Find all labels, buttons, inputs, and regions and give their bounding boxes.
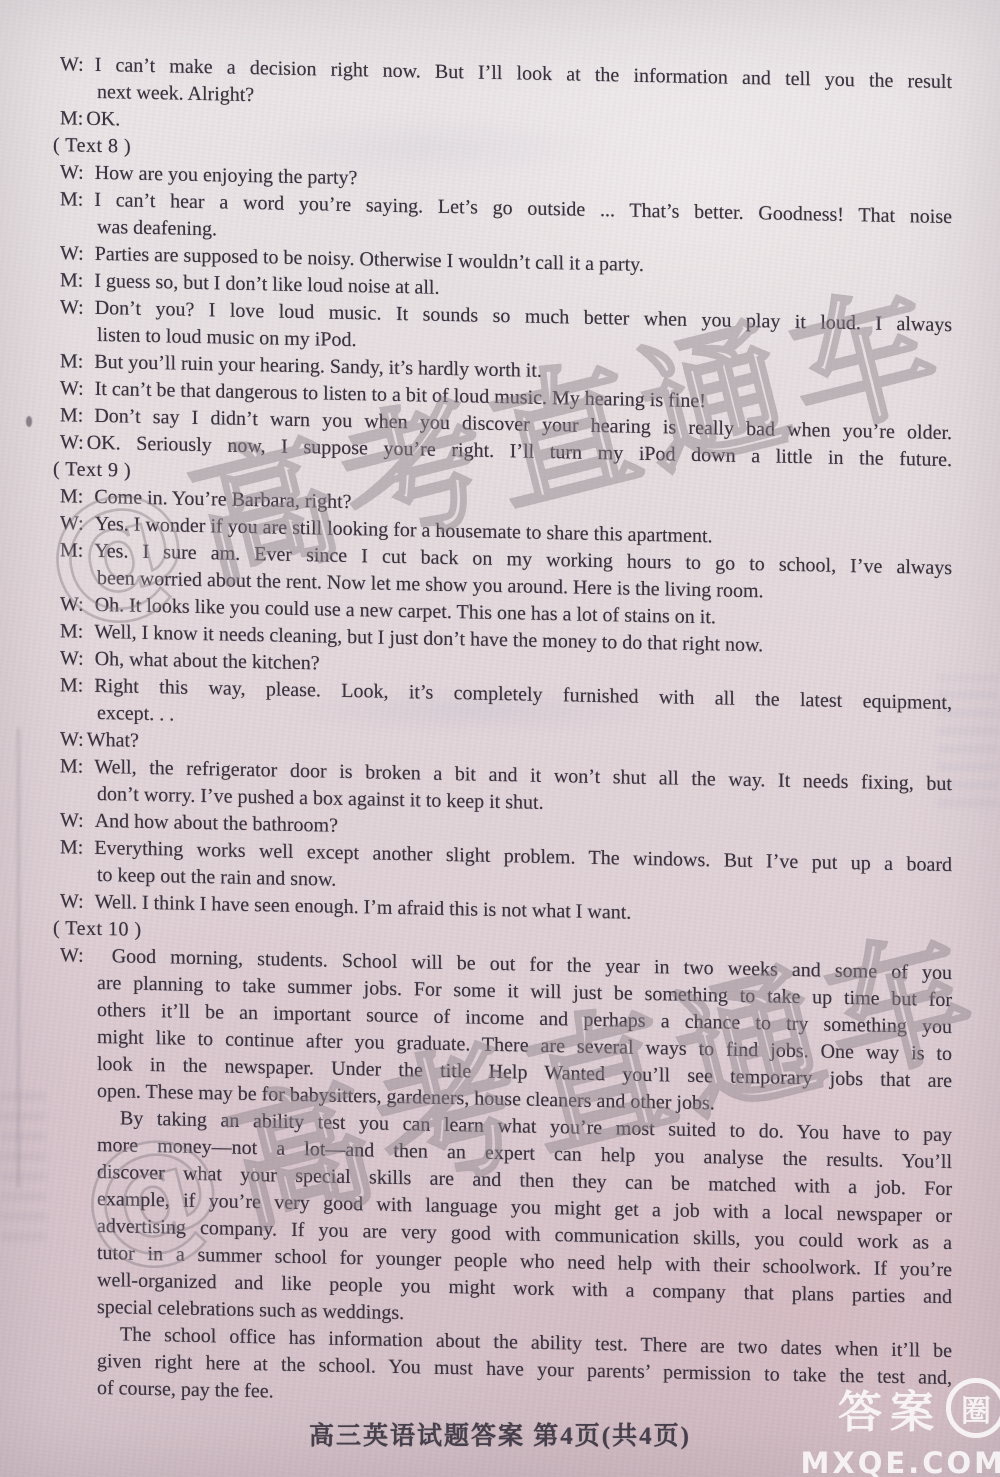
- line-text: ( Text 8 ): [53, 134, 131, 158]
- speaker-label: W:: [60, 161, 84, 183]
- line-text: ( Text 9 ): [53, 458, 131, 482]
- line-text: What?: [87, 729, 139, 752]
- line-text: next week. Alright?: [97, 81, 254, 106]
- line-text: Oh, what about the kitchen?: [95, 648, 320, 675]
- speaker-label: M:: [60, 107, 83, 129]
- speaker-label: M:: [60, 350, 83, 372]
- line-text: to keep out the rain and snow.: [97, 864, 336, 891]
- speaker-label: W:: [60, 512, 84, 534]
- line-text: Come in. You’re Barbara, right?: [94, 486, 351, 513]
- line-text: except. . .: [97, 702, 174, 726]
- scanned-page: W:I can’t make a decision right now. But…: [0, 0, 1000, 1477]
- speaker-label: M:: [60, 188, 83, 210]
- line-text: OK.: [86, 108, 120, 131]
- speaker-label: M:: [60, 404, 83, 426]
- speaker-label: M:: [60, 836, 83, 858]
- speaker-label: M:: [60, 485, 83, 507]
- line-text: And how about the bathroom?: [95, 810, 338, 837]
- speaker-label: W:: [60, 377, 84, 399]
- transcript: W:I can’t make a decision right now. But…: [0, 0, 1000, 1420]
- line-text: listen to loud music on my iPod.: [97, 324, 356, 351]
- page-footer: 高三英语试题答案 第4页(共4页): [0, 1416, 1000, 1452]
- speaker-label: W:: [60, 647, 84, 669]
- speaker-label: M:: [60, 269, 83, 291]
- speaker-label: M:: [60, 539, 83, 561]
- speaker-label: W:: [60, 431, 84, 453]
- speaker-label: M:: [60, 755, 83, 777]
- line-text: I guess so, but I don’t like loud noise …: [94, 270, 439, 299]
- line-text: of course, pay the fee.: [97, 1377, 274, 1403]
- speaker-label: M:: [60, 620, 83, 642]
- line-text: special celebrations such as weddings.: [97, 1296, 404, 1324]
- line-text: was deafening.: [97, 216, 217, 240]
- line-text: ( Text 10 ): [53, 917, 142, 941]
- speaker-label: W:: [60, 728, 84, 750]
- speaker-label: W:: [60, 593, 84, 615]
- speaker-label: M:: [60, 674, 83, 696]
- speaker-label: W:: [60, 944, 84, 966]
- speaker-label: W:: [60, 890, 84, 912]
- speaker-label: W:: [60, 809, 84, 831]
- speaker-label: W:: [60, 53, 84, 75]
- speaker-label: W:: [60, 242, 84, 264]
- line-text: How are you enjoying the party?: [95, 162, 358, 189]
- speaker-label: W:: [60, 296, 84, 318]
